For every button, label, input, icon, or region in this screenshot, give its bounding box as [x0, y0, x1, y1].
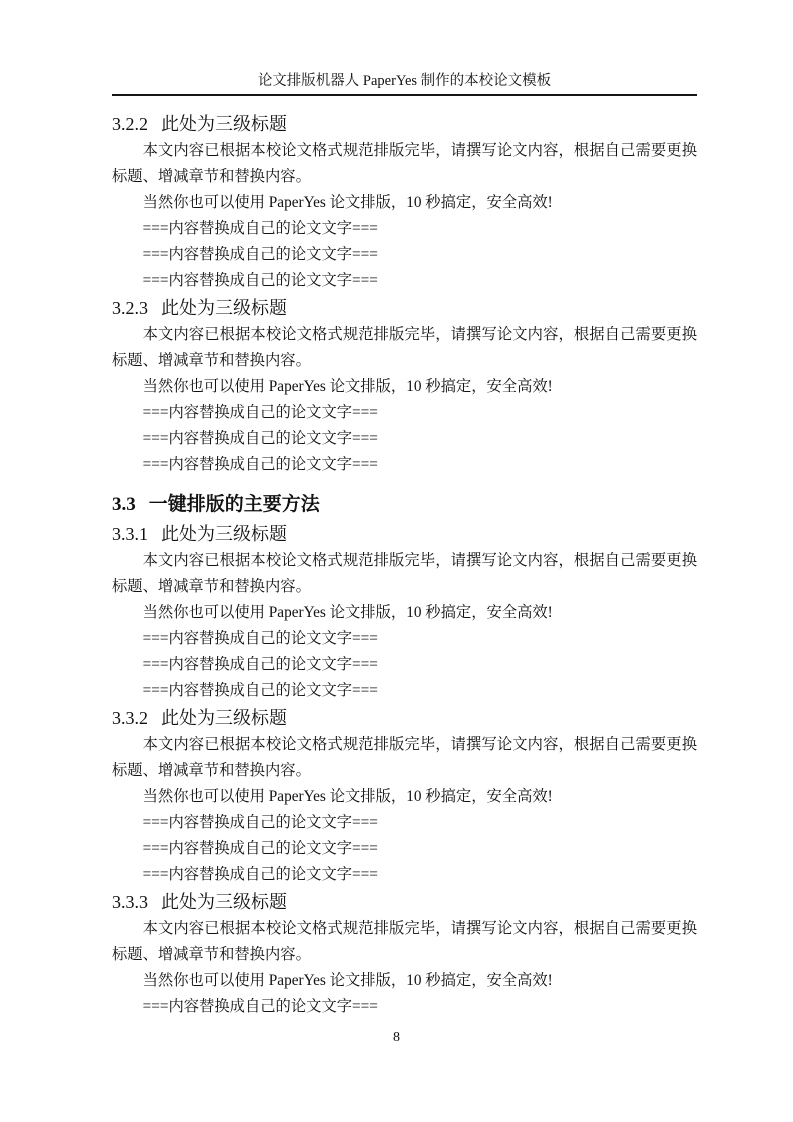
- paragraph: 本文内容已根据本校论文格式规范排版完毕，请撰写论文内容，根据自己需要更换标题、增…: [112, 732, 697, 784]
- placeholder-line: ===内容替换成自己的论文文字===: [112, 862, 697, 888]
- page-footer: 8: [0, 1028, 793, 1048]
- section-3-3-1: 3.3.1此处为三级标题 本文内容已根据本校论文格式规范排版完毕，请撰写论文内容…: [112, 520, 697, 704]
- page-body: 3.2.2此处为三级标题 本文内容已根据本校论文格式规范排版完毕，请撰写论文内容…: [112, 110, 697, 1020]
- section-3-3-2: 3.3.2此处为三级标题 本文内容已根据本校论文格式规范排版完毕，请撰写论文内容…: [112, 704, 697, 888]
- heading-title: 一键排版的主要方法: [149, 494, 320, 515]
- section-3-3-3: 3.3.3此处为三级标题 本文内容已根据本校论文格式规范排版完毕，请撰写论文内容…: [112, 888, 697, 1020]
- paragraph: 本文内容已根据本校论文格式规范排版完毕，请撰写论文内容，根据自己需要更换标题、增…: [112, 322, 697, 374]
- section-3-2-2: 3.2.2此处为三级标题 本文内容已根据本校论文格式规范排版完毕，请撰写论文内容…: [112, 110, 697, 294]
- placeholder-line: ===内容替换成自己的论文文字===: [112, 400, 697, 426]
- section-heading: 3.3.1此处为三级标题: [112, 520, 697, 548]
- heading-number: 3.2.3: [112, 298, 148, 318]
- paragraph: 当然你也可以使用 PaperYes 论文排版，10 秒搞定，安全高效!: [112, 968, 697, 994]
- heading-title: 此处为三级标题: [161, 524, 287, 544]
- heading-title: 此处为三级标题: [161, 298, 287, 318]
- placeholder-line: ===内容替换成自己的论文文字===: [112, 452, 697, 478]
- heading-title: 此处为三级标题: [161, 114, 287, 134]
- section-3-3: 3.3一键排版的主要方法: [112, 490, 697, 520]
- section-3-2-3: 3.2.3此处为三级标题 本文内容已根据本校论文格式规范排版完毕，请撰写论文内容…: [112, 294, 697, 478]
- placeholder-line: ===内容替换成自己的论文文字===: [112, 242, 697, 268]
- running-header-text: 论文排版机器人 PaperYes 制作的本校论文模板: [258, 73, 551, 89]
- heading-number: 3.3.2: [112, 708, 148, 728]
- page-number: 8: [393, 1030, 400, 1045]
- heading-number: 3.2.2: [112, 114, 148, 134]
- heading-title: 此处为三级标题: [161, 708, 287, 728]
- placeholder-line: ===内容替换成自己的论文文字===: [112, 678, 697, 704]
- paragraph: 当然你也可以使用 PaperYes 论文排版，10 秒搞定，安全高效!: [112, 190, 697, 216]
- paragraph: 本文内容已根据本校论文格式规范排版完毕，请撰写论文内容，根据自己需要更换标题、增…: [112, 916, 697, 968]
- paragraph: 本文内容已根据本校论文格式规范排版完毕，请撰写论文内容，根据自己需要更换标题、增…: [112, 138, 697, 190]
- heading-number: 3.3: [112, 494, 136, 515]
- placeholder-line: ===内容替换成自己的论文文字===: [112, 268, 697, 294]
- paragraph: 当然你也可以使用 PaperYes 论文排版，10 秒搞定，安全高效!: [112, 374, 697, 400]
- heading-number: 3.3.3: [112, 892, 148, 912]
- placeholder-line: ===内容替换成自己的论文文字===: [112, 216, 697, 242]
- placeholder-line: ===内容替换成自己的论文文字===: [112, 652, 697, 678]
- section-heading: 3.2.3此处为三级标题: [112, 294, 697, 322]
- document-page: 论文排版机器人 PaperYes 制作的本校论文模板 3.2.2此处为三级标题 …: [0, 0, 793, 1122]
- paragraph: 当然你也可以使用 PaperYes 论文排版，10 秒搞定，安全高效!: [112, 600, 697, 626]
- section-heading: 3.2.2此处为三级标题: [112, 110, 697, 138]
- placeholder-line: ===内容替换成自己的论文文字===: [112, 426, 697, 452]
- placeholder-line: ===内容替换成自己的论文文字===: [112, 836, 697, 862]
- running-header: 论文排版机器人 PaperYes 制作的本校论文模板: [112, 72, 697, 96]
- placeholder-line: ===内容替换成自己的论文文字===: [112, 810, 697, 836]
- heading-title: 此处为三级标题: [161, 892, 287, 912]
- paragraph: 当然你也可以使用 PaperYes 论文排版，10 秒搞定，安全高效!: [112, 784, 697, 810]
- section-heading: 3.3.3此处为三级标题: [112, 888, 697, 916]
- section-heading: 3.3一键排版的主要方法: [112, 490, 697, 520]
- placeholder-line: ===内容替换成自己的论文文字===: [112, 994, 697, 1020]
- placeholder-line: ===内容替换成自己的论文文字===: [112, 626, 697, 652]
- section-heading: 3.3.2此处为三级标题: [112, 704, 697, 732]
- paragraph: 本文内容已根据本校论文格式规范排版完毕，请撰写论文内容，根据自己需要更换标题、增…: [112, 548, 697, 600]
- heading-number: 3.3.1: [112, 524, 148, 544]
